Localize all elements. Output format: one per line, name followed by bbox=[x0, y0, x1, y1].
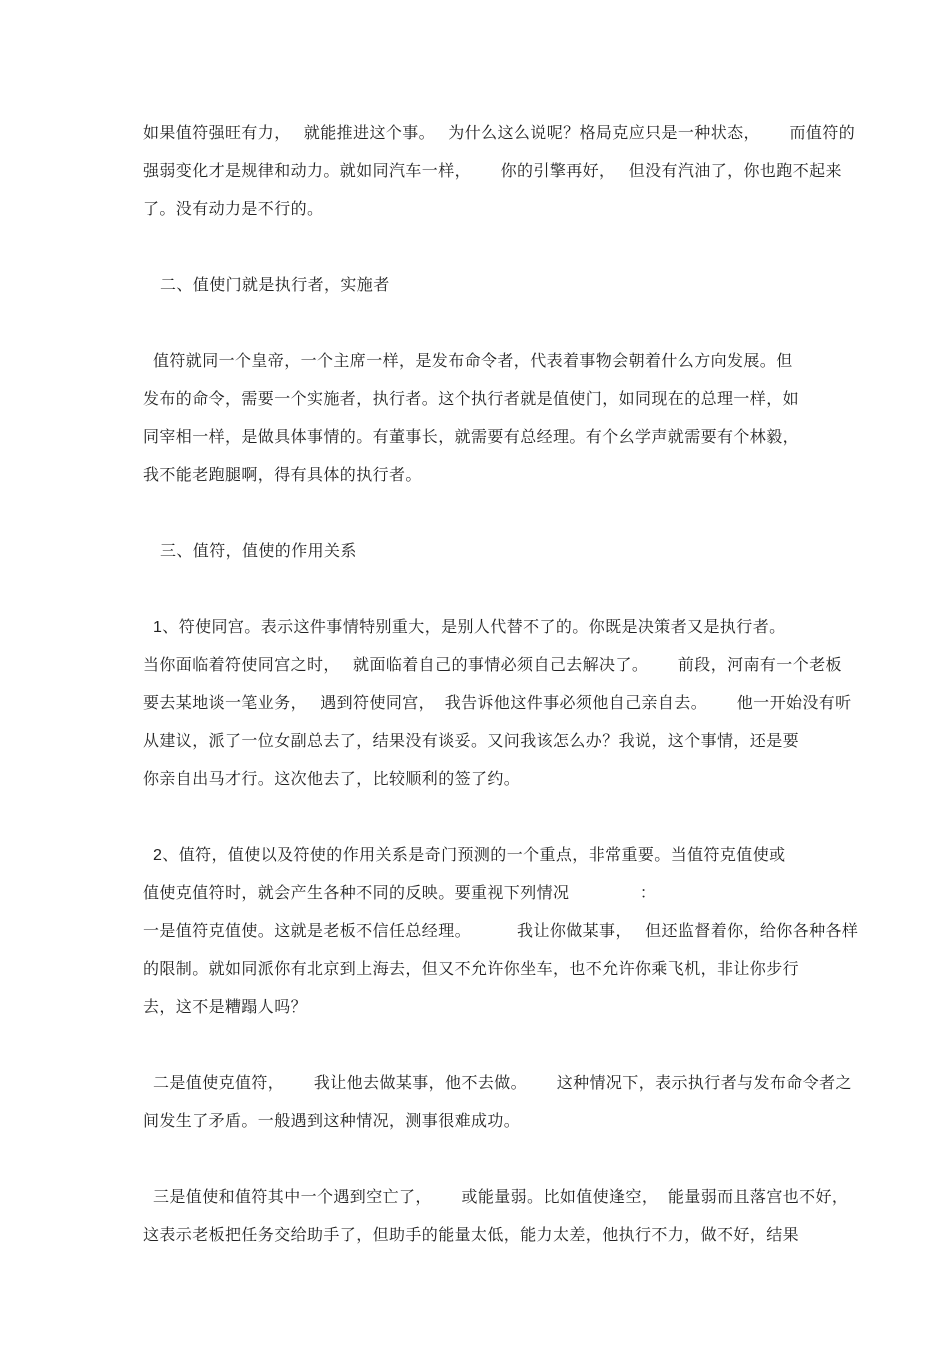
text-line: 当你面临着符使同宫之时， 就面临着自己的事情必须自己去解决了。 前段，河南有一个… bbox=[143, 647, 830, 685]
paragraph: 二是值使克值符， 我让他去做某事，他不去做。 这种情况下，表示执行者与发布命令者… bbox=[143, 1065, 830, 1141]
heading-text: 二、值使门就是执行者，实施者 bbox=[143, 267, 830, 305]
text-line: 值使克值符时，就会产生各种不同的反映。要重视下列情况 ： bbox=[143, 875, 830, 913]
heading-text: 三、值符，值使的作用关系 bbox=[143, 533, 830, 571]
text-line: 强弱变化才是规律和动力。就如同汽车一样， 你的引擎再好， 但没有汽油了，你也跑不… bbox=[143, 153, 830, 191]
text-line: 间发生了矛盾。一般遇到这种情况，测事很难成功。 bbox=[143, 1103, 830, 1141]
text-line: 如果值符强旺有力， 就能推进这个事。 为什么这么说呢？格局克应只是一种状态， 而… bbox=[143, 115, 830, 153]
text-line: 这表示老板把任务交给助手了，但助手的能量太低，能力太差，他执行不力，做不好，结果 bbox=[143, 1217, 830, 1255]
paragraph: 如果值符强旺有力， 就能推进这个事。 为什么这么说呢？格局克应只是一种状态， 而… bbox=[143, 115, 830, 229]
text-line: 同宰相一样，是做具体事情的。有董事长，就需要有总经理。有个幺学声就需要有个林毅， bbox=[143, 419, 830, 457]
text-line: 三是值使和值符其中一个遇到空亡了， 或能量弱。比如值使逢空， 能量弱而且落宫也不… bbox=[143, 1179, 830, 1217]
text-line: 我不能老跑腿啊，得有具体的执行者。 bbox=[143, 457, 830, 495]
paragraph: 三是值使和值符其中一个遇到空亡了， 或能量弱。比如值使逢空， 能量弱而且落宫也不… bbox=[143, 1179, 830, 1255]
text-line: 值符就同一个皇帝，一个主席一样，是发布命令者，代表着事物会朝着什么方向发展。但 bbox=[143, 343, 830, 381]
text-line: 要去某地谈一笔业务， 遇到符使同宫， 我告诉他这件事必须他自己亲自去。 他一开始… bbox=[143, 685, 830, 723]
paragraph: 2、值符，值使以及符使的作用关系是奇门预测的一个重点，非常重要。当值符克值使或 … bbox=[143, 837, 830, 1027]
text-line: 从建议，派了一位女副总去了，结果没有谈妥。又问我该怎么办？我说，这个事情，还是要 bbox=[143, 723, 830, 761]
text-line: 一是值符克值使。这就是老板不信任总经理。 我让你做某事， 但还监督着你，给你各种… bbox=[143, 913, 830, 951]
text-line: 1、符使同宫。表示这件事情特别重大，是别人代替不了的。你既是决策者又是执行者。 bbox=[143, 609, 830, 647]
paragraph: 值符就同一个皇帝，一个主席一样，是发布命令者，代表着事物会朝着什么方向发展。但 … bbox=[143, 343, 830, 495]
paragraph: 1、符使同宫。表示这件事情特别重大，是别人代替不了的。你既是决策者又是执行者。 … bbox=[143, 609, 830, 799]
section-heading: 三、值符，值使的作用关系 bbox=[143, 533, 830, 571]
text-line: 2、值符，值使以及符使的作用关系是奇门预测的一个重点，非常重要。当值符克值使或 bbox=[143, 837, 830, 875]
text-line: 你亲自出马才行。这次他去了，比较顺利的签了约。 bbox=[143, 761, 830, 799]
text-line: 了。没有动力是不行的。 bbox=[143, 191, 830, 229]
text-line: 去，这不是糟蹋人吗？ bbox=[143, 989, 830, 1027]
text-line: 的限制。就如同派你有北京到上海去，但又不允许你坐车，也不允许你乘飞机，非让你步行 bbox=[143, 951, 830, 989]
text-line: 发布的命令，需要一个实施者，执行者。这个执行者就是值使门，如同现在的总理一样，如 bbox=[143, 381, 830, 419]
document-page: 如果值符强旺有力， 就能推进这个事。 为什么这么说呢？格局克应只是一种状态， 而… bbox=[0, 0, 950, 1345]
text-line: 二是值使克值符， 我让他去做某事，他不去做。 这种情况下，表示执行者与发布命令者… bbox=[143, 1065, 830, 1103]
section-heading: 二、值使门就是执行者，实施者 bbox=[143, 267, 830, 305]
